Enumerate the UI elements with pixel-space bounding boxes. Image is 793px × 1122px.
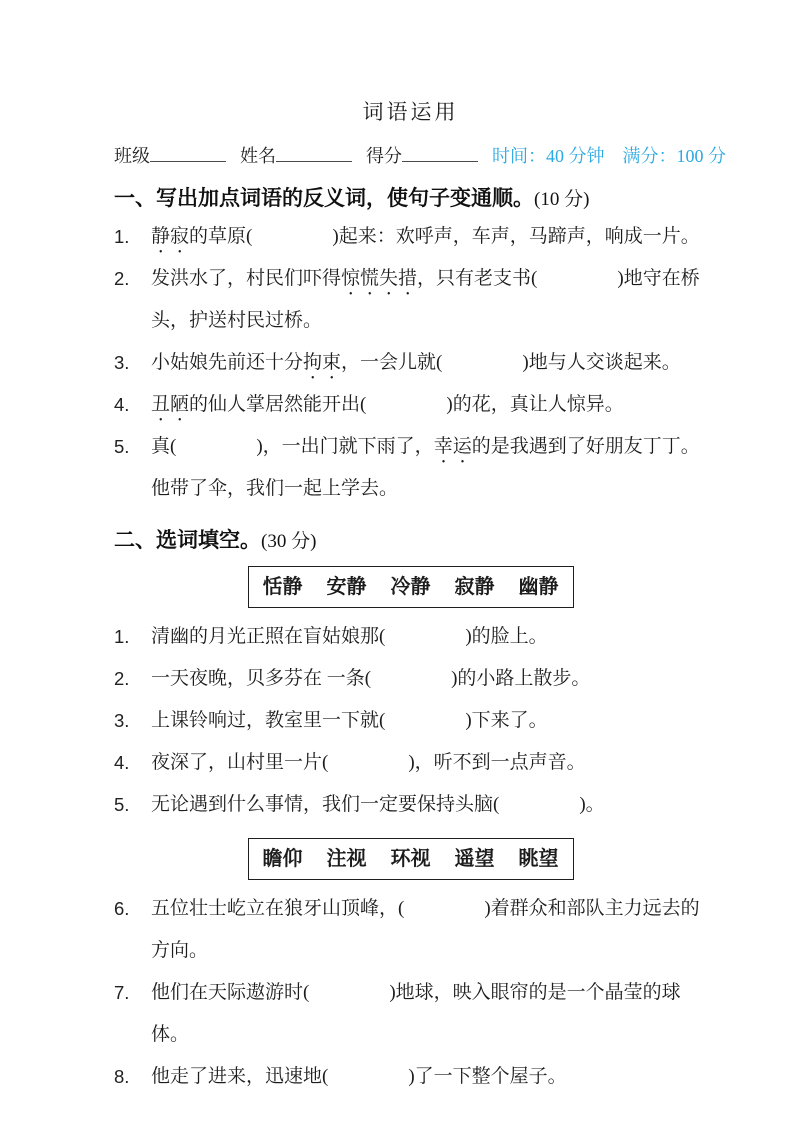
text-segment: 了一下整个屋子。 (415, 1066, 567, 1087)
question-item: 5.无论遇到什么事情，我们一定要保持头脑()。 (114, 784, 707, 826)
sections-container: 一、写出加点词语的反义词，使句子变通顺。(10 分)1.静寂的草原()起来：欢呼… (114, 182, 707, 1098)
answer-blank: () (322, 752, 415, 773)
item-number: 2. (114, 658, 129, 700)
item-number: 3. (114, 342, 129, 384)
answer-blank: () (322, 1066, 415, 1087)
text-segment: 地与人交谈起来。 (529, 352, 681, 373)
emphasized-word: 丑陋 (151, 394, 189, 415)
word-option: 遥望 (455, 844, 495, 874)
text-segment: 的仙人掌居然能开出 (189, 394, 360, 415)
answer-blank: () (379, 710, 472, 731)
section-heading-text: 一、写出加点词语的反义词，使句子变通顺。 (114, 187, 534, 210)
name-field: 姓名 (240, 142, 352, 168)
item-number: 4. (114, 742, 129, 784)
emphasized-word: 静寂 (151, 226, 189, 247)
question-item: 2.发洪水了，村民们吓得惊慌失措，只有老支书()地守在桥头，护送村民过桥。 (114, 258, 707, 342)
emphasized-word: 拘束 (303, 352, 341, 373)
text-segment: ，一会儿就 (341, 352, 436, 373)
section: 一、写出加点词语的反义词，使句子变通顺。(10 分)1.静寂的草原()起来：欢呼… (114, 182, 707, 510)
word-option: 眺望 (519, 844, 559, 874)
text-segment: 的小路上散步。 (457, 668, 590, 689)
item-text: 真()，一出门就下雨了，幸运的是我遇到了好朋友丁丁。他带了伞，我们一起上学去。 (151, 436, 700, 499)
item-text: 小姑娘先前还十分拘束，一会儿就()地与人交谈起来。 (151, 352, 681, 373)
class-blank-line (150, 145, 226, 162)
text-segment: 的花，真让人惊异。 (453, 394, 624, 415)
section-heading: 一、写出加点词语的反义词，使句子变通顺。(10 分) (114, 182, 707, 212)
section-heading: 二、选词填空。(30 分) (114, 524, 707, 554)
text-segment: 。 (586, 794, 605, 815)
item-number: 6. (114, 888, 129, 930)
word-option: 冷静 (391, 572, 431, 602)
word-box: 瞻仰注视环视遥望眺望 (248, 838, 574, 880)
item-text: 夜深了，山村里一片()，听不到一点声音。 (151, 752, 586, 773)
word-box: 恬静安静冷静寂静幽静 (248, 566, 574, 608)
item-text: 他走了进来，迅速地()了一下整个屋子。 (151, 1066, 567, 1087)
emphasized-word: 惊慌失措 (341, 268, 417, 289)
word-option: 环视 (391, 844, 431, 874)
info-line: 班级 姓名 得分 时间：40 分钟 满分：100 分 (114, 142, 707, 168)
answer-blank: () (531, 268, 624, 289)
item-number: 1. (114, 616, 129, 658)
text-segment: 发洪水了，村民们吓得 (151, 268, 341, 289)
item-text: 清幽的月光正照在盲姑娘那()的脸上。 (151, 626, 548, 647)
item-text: 发洪水了，村民们吓得惊慌失措，只有老支书()地守在桥头，护送村民过桥。 (151, 268, 700, 331)
text-segment: 上课铃响过，教室里一下就 (151, 710, 379, 731)
item-text: 无论遇到什么事情，我们一定要保持头脑()。 (151, 794, 605, 815)
time-full-score: 时间：40 分钟 满分：100 分 (492, 142, 726, 168)
answer-blank: () (303, 982, 396, 1003)
class-field: 班级 (114, 142, 226, 168)
text-segment: ，只有老支书 (417, 268, 531, 289)
item-number: 8. (114, 1056, 129, 1098)
answer-blank: () (246, 226, 339, 247)
item-text: 他们在天际遨游时()地球，映入眼帘的是一个晶莹的球体。 (151, 982, 681, 1045)
item-text: 静寂的草原()起来：欢呼声，车声，马蹄声，响成一片。 (151, 226, 700, 247)
emphasized-word: 幸运 (434, 436, 472, 457)
item-text: 上课铃响过，教室里一下就()下来了。 (151, 710, 548, 731)
word-option: 瞻仰 (263, 844, 303, 874)
text-segment: 他走了进来，迅速地 (151, 1066, 322, 1087)
text-segment: 清幽的月光正照在盲姑娘那 (151, 626, 379, 647)
text-segment: 小姑娘先前还十分 (151, 352, 303, 373)
text-segment: 他们在天际遨游时 (151, 982, 303, 1003)
word-option: 安静 (327, 572, 367, 602)
section-score: (10 分) (534, 189, 589, 210)
text-segment: ，听不到一点声音。 (415, 752, 586, 773)
answer-blank: () (398, 898, 491, 919)
item-number: 3. (114, 700, 129, 742)
name-blank-line (276, 145, 352, 162)
text-segment: 夜深了，山村里一片 (151, 752, 322, 773)
word-box-row: 瞻仰注视环视遥望眺望 (114, 838, 707, 880)
item-number: 2. (114, 258, 129, 300)
word-box-row: 恬静安静冷静寂静幽静 (114, 566, 707, 608)
question-item: 1.静寂的草原()起来：欢呼声，车声，马蹄声，响成一片。 (114, 216, 707, 258)
name-label: 姓名 (240, 142, 276, 168)
page-title: 词语运用 (114, 96, 707, 126)
question-item: 8.他走了进来，迅速地()了一下整个屋子。 (114, 1056, 707, 1098)
item-text: 丑陋的仙人掌居然能开出()的花，真让人惊异。 (151, 394, 624, 415)
question-item: 7.他们在天际遨游时()地球，映入眼帘的是一个晶莹的球体。 (114, 972, 707, 1056)
question-item: 6.五位壮士屹立在狼牙山顶峰，()着群众和部队主力远去的方向。 (114, 888, 707, 972)
answer-blank: () (493, 794, 586, 815)
item-number: 1. (114, 216, 129, 258)
section: 二、选词填空。(30 分)恬静安静冷静寂静幽静1.清幽的月光正照在盲姑娘那()的… (114, 524, 707, 1098)
text-segment: 真 (151, 436, 170, 457)
answer-blank: () (436, 352, 529, 373)
item-number: 5. (114, 426, 129, 468)
word-option: 恬静 (263, 572, 303, 602)
answer-blank: () (365, 668, 458, 689)
word-option: 幽静 (519, 572, 559, 602)
text-segment: ，一出门就下雨了， (263, 436, 434, 457)
text-segment: 的脸上。 (472, 626, 548, 647)
section-heading-text: 二、选词填空。 (114, 529, 261, 552)
answer-blank: () (170, 436, 263, 457)
question-item: 3.小姑娘先前还十分拘束，一会儿就()地与人交谈起来。 (114, 342, 707, 384)
item-number: 7. (114, 972, 129, 1014)
text-segment: 下来了。 (472, 710, 548, 731)
item-number: 4. (114, 384, 129, 426)
question-item: 4.夜深了，山村里一片()，听不到一点声音。 (114, 742, 707, 784)
item-text: 五位壮士屹立在狼牙山顶峰，()着群众和部队主力远去的方向。 (151, 898, 700, 961)
word-option: 注视 (327, 844, 367, 874)
answer-blank: () (379, 626, 472, 647)
question-item: 4.丑陋的仙人掌居然能开出()的花，真让人惊异。 (114, 384, 707, 426)
text-segment: 一天夜晚，贝多芬在 一条 (151, 668, 365, 689)
score-blank-line (402, 145, 478, 162)
text-segment: 起来：欢呼声，车声，马蹄声，响成一片。 (339, 226, 700, 247)
question-item: 5.真()，一出门就下雨了，幸运的是我遇到了好朋友丁丁。他带了伞，我们一起上学去… (114, 426, 707, 510)
word-option: 寂静 (455, 572, 495, 602)
section-score: (30 分) (261, 531, 316, 552)
item-number: 5. (114, 784, 129, 826)
question-item: 1.清幽的月光正照在盲姑娘那()的脸上。 (114, 616, 707, 658)
item-text: 一天夜晚，贝多芬在 一条()的小路上散步。 (151, 668, 590, 689)
class-label: 班级 (114, 142, 150, 168)
text-segment: 无论遇到什么事情，我们一定要保持头脑 (151, 794, 493, 815)
question-item: 3.上课铃响过，教室里一下就()下来了。 (114, 700, 707, 742)
answer-blank: () (360, 394, 453, 415)
text-segment: 五位壮士屹立在狼牙山顶峰， (151, 898, 398, 919)
worksheet-page: 词语运用 班级 姓名 得分 时间：40 分钟 满分：100 分 一、写出加点词语… (0, 0, 793, 1122)
score-label: 得分 (366, 142, 402, 168)
score-field: 得分 (366, 142, 478, 168)
text-segment: 的草原 (189, 226, 246, 247)
question-item: 2.一天夜晚，贝多芬在 一条()的小路上散步。 (114, 658, 707, 700)
